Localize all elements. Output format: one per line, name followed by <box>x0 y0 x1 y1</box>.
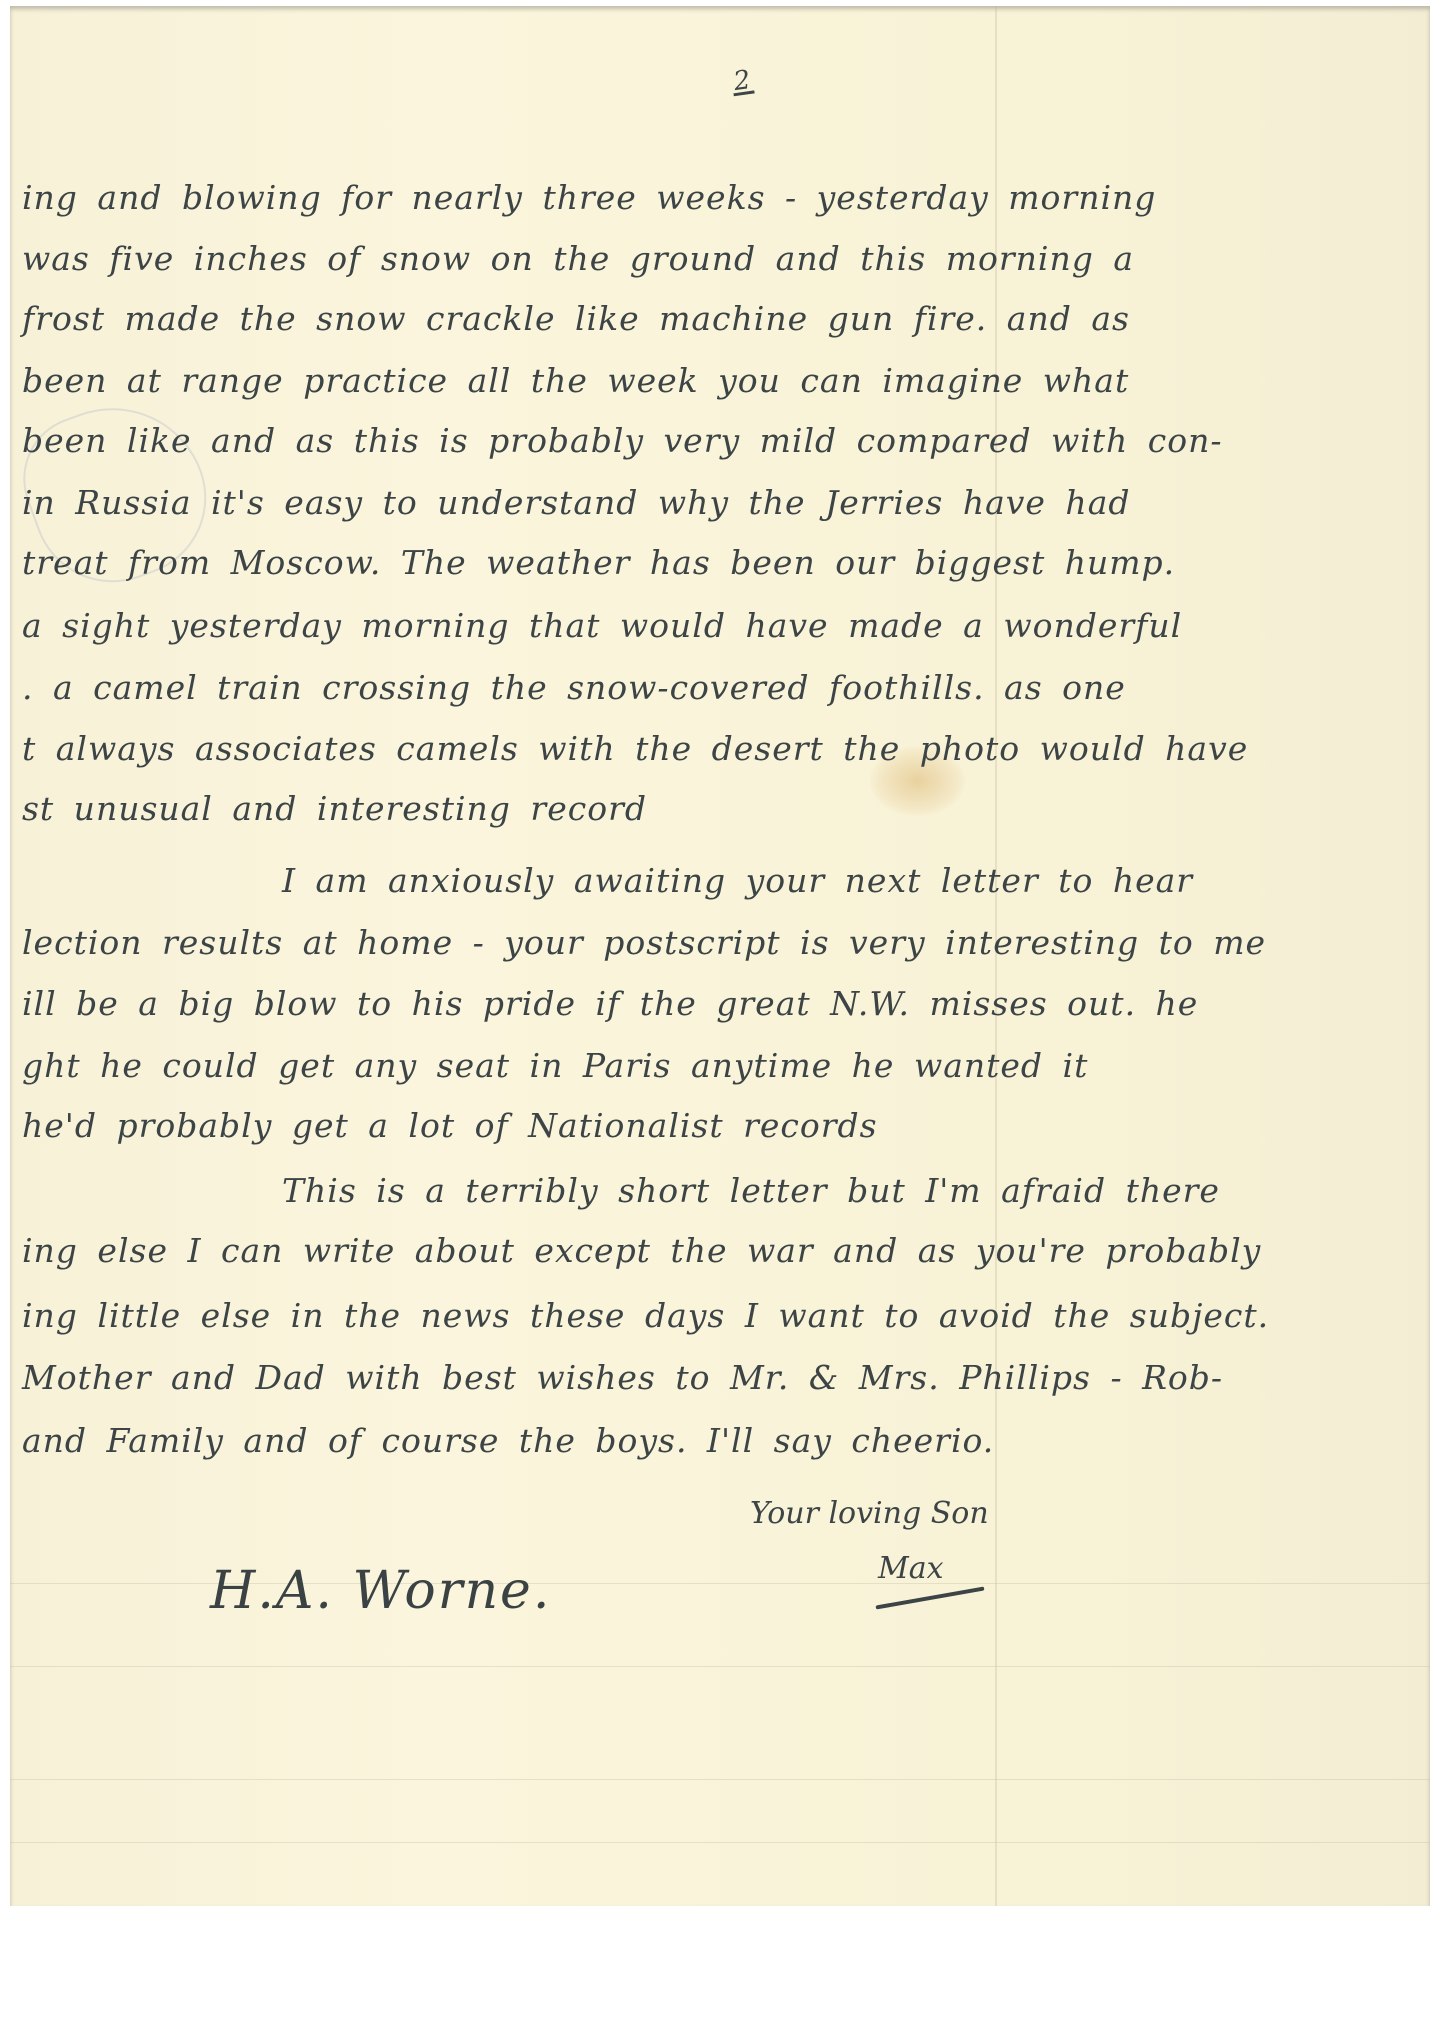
ruled-line <box>10 1842 1430 1843</box>
letter-line: t always associates camels with the dese… <box>22 729 1248 768</box>
letter-line: treat from Moscow. The weather has been … <box>22 543 1175 582</box>
signature-ha-worne: H.A. Worne. <box>210 1561 551 1621</box>
letter-line: lection results at home - your postscrip… <box>22 923 1266 962</box>
letter-line: and Family and of course the boys. I'll … <box>22 1421 994 1460</box>
letter-line: was five inches of snow on the ground an… <box>22 239 1134 278</box>
ruled-line <box>10 1779 1430 1780</box>
letter-line: I am anxiously awaiting your next letter… <box>282 861 1193 900</box>
letter-line: ing and blowing for nearly three weeks -… <box>22 178 1156 217</box>
letter-line: frost made the snow crackle like machine… <box>22 299 1130 338</box>
letter-line: Mother and Dad with best wishes to Mr. &… <box>22 1358 1223 1397</box>
letter-line: he'd probably get a lot of Nationalist r… <box>22 1106 878 1145</box>
letter-line: in Russia it's easy to understand why th… <box>22 483 1131 522</box>
signature-underline <box>875 1586 984 1609</box>
signature-max: Max <box>878 1551 944 1586</box>
letter-line: This is a terribly short letter but I'm … <box>282 1171 1220 1210</box>
letter-line: . a camel train crossing the snow-covere… <box>22 668 1126 707</box>
letter-line: a sight yesterday morning that would hav… <box>22 606 1182 645</box>
page-number: 2 <box>730 69 754 97</box>
letter-line: been like and as this is probably very m… <box>22 421 1223 460</box>
letter-line: ill be a big blow to his pride if the gr… <box>22 984 1198 1023</box>
letter-line: st unusual and interesting record <box>22 789 647 828</box>
ruled-line <box>10 1666 1430 1667</box>
letter-line: been at range practice all the week you … <box>22 361 1129 400</box>
letter-closing: Your loving Son <box>750 1496 989 1531</box>
letter-page: 2 ing and blowing for nearly three weeks… <box>10 6 1430 1906</box>
letter-line: ing else I can write about except the wa… <box>22 1231 1261 1270</box>
letter-line: ing little else in the news these days I… <box>22 1296 1269 1335</box>
letter-line: ght he could get any seat in Paris anyti… <box>22 1046 1088 1085</box>
